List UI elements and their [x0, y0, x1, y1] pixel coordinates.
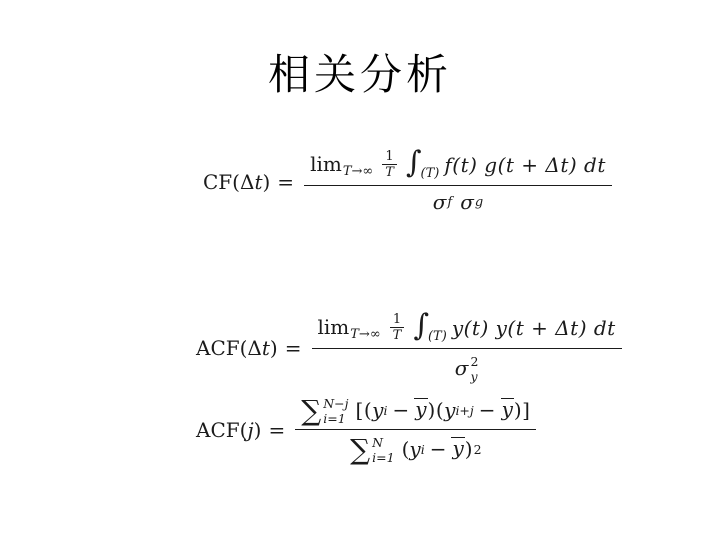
integral-operator: ∫(T) [413, 312, 446, 344]
sigma-sum-sign: ∑ [301, 400, 321, 422]
function-name: CF(Δ [203, 170, 254, 194]
sum-upper-limit: N [372, 435, 383, 450]
formula-autocorrelation-continuous: ACF(Δt)= limT→∞ 1T ∫(T) y(t) y(t + Δt) d… [196, 312, 622, 383]
fraction: ∑N−ji=1 [(yi−y)(yi+j−y)] ∑Ni=1 (yi−y)2 [295, 395, 536, 464]
slide-title: 相关分析 [0, 42, 720, 102]
sigma-f: σ [433, 190, 447, 214]
sigma-g-subscript: g [475, 195, 483, 210]
bracket-close: )] [514, 398, 531, 422]
mini-numerator: 1 [390, 313, 404, 327]
equals-sign: = [268, 418, 285, 442]
one-over-T-fraction: 1T [382, 150, 397, 179]
paren-close: ) [254, 418, 262, 442]
integral-operator: ∫(T) [406, 149, 439, 181]
sum-limits: N−ji=1 [323, 396, 348, 426]
minus-sign: − [430, 437, 447, 461]
sigma-y: σ [455, 356, 469, 380]
mini-numerator: 1 [382, 150, 396, 164]
y-i-subscript: i [383, 403, 387, 418]
sum-limits: Ni=1 [372, 435, 394, 465]
formula-lhs: CF(Δt)= [203, 170, 304, 194]
equals-sign: = [285, 336, 302, 360]
denominator: σ2y [312, 348, 622, 383]
denominator: ∑Ni=1 (yi−y)2 [295, 429, 536, 464]
function-name: ACF( [196, 418, 247, 442]
y-i-plus-j: y [444, 398, 455, 422]
sigma-sum-sign: ∑ [350, 439, 370, 461]
lim-label: lim [310, 152, 342, 176]
limit-operator: limT→∞ [310, 152, 373, 179]
lim-subscript: T→∞ [350, 327, 380, 342]
function-arg: t [262, 336, 270, 360]
bracket-open: [( [356, 398, 373, 422]
fraction: limT→∞ 1T ∫(T) f(t) g(t + Δt) dt σf σg [304, 149, 612, 214]
squared-superscript: 2 [474, 442, 482, 457]
sum-lower-limit: i=1 [323, 411, 345, 426]
slide: 相关分析 CF(Δt)= limT→∞ 1T ∫(T) f(t) g(t + Δ… [0, 0, 720, 540]
denominator: σf σg [304, 185, 612, 214]
integral-subscript: (T) [421, 166, 440, 181]
y-i-plus-j-subscript: i+j [455, 403, 473, 418]
minus-sign: − [392, 398, 409, 422]
one-over-T-fraction: 1T [390, 313, 405, 342]
lim-label: lim [318, 315, 350, 339]
numerator: limT→∞ 1T ∫(T) y(t) y(t + Δt) dt [312, 312, 622, 348]
y-i-subscript: i [421, 442, 425, 457]
sigma-subscript: y [470, 369, 477, 384]
paren-close: ) [262, 170, 270, 194]
fraction: limT→∞ 1T ∫(T) y(t) y(t + Δt) dt σ2y [312, 312, 622, 383]
integral-sign: ∫ [406, 145, 422, 180]
sum-upper-limit: N−j [323, 396, 348, 411]
lim-subscript: T→∞ [343, 164, 373, 179]
paren-mid: )( [428, 398, 445, 422]
function-name: ACF(Δ [196, 336, 262, 360]
summation-operator: ∑N−ji=1 [301, 395, 348, 425]
y-i: y [372, 398, 383, 422]
sigma-y-scripts: 2y [470, 354, 478, 384]
integrand: y(t) y(t + Δt) dt [452, 316, 616, 340]
integrand: f(t) g(t + Δt) dt [444, 153, 606, 177]
sigma-g: σ [460, 190, 474, 214]
sum-lower-limit: i=1 [372, 450, 394, 465]
numerator: limT→∞ 1T ∫(T) f(t) g(t + Δt) dt [304, 149, 612, 185]
minus-sign: − [479, 398, 496, 422]
mini-denominator: T [382, 164, 397, 179]
formula-lhs: ACF(Δt)= [196, 336, 312, 360]
sigma-superscript: 2 [470, 354, 478, 369]
sigma-f-subscript: f [447, 195, 452, 210]
formula-autocorrelation-discrete: ACF(j)= ∑N−ji=1 [(yi−y)(yi+j−y)] ∑Ni=1 (… [196, 395, 536, 464]
paren-close: ) [270, 336, 278, 360]
y-bar: y [414, 398, 427, 420]
integral-sign: ∫ [413, 308, 429, 343]
mini-denominator: T [390, 327, 405, 342]
y-i: y [409, 437, 420, 461]
limit-operator: limT→∞ [318, 315, 381, 342]
paren-close: ) [465, 437, 473, 461]
numerator: ∑N−ji=1 [(yi−y)(yi+j−y)] [295, 395, 536, 429]
equals-sign: = [277, 170, 294, 194]
y-bar: y [501, 398, 514, 420]
formula-cross-correlation: CF(Δt)= limT→∞ 1T ∫(T) f(t) g(t + Δt) dt… [203, 149, 612, 214]
integral-subscript: (T) [428, 329, 447, 344]
formula-lhs: ACF(j)= [196, 418, 295, 442]
y-bar: y [451, 437, 464, 459]
summation-operator: ∑Ni=1 [350, 434, 394, 464]
